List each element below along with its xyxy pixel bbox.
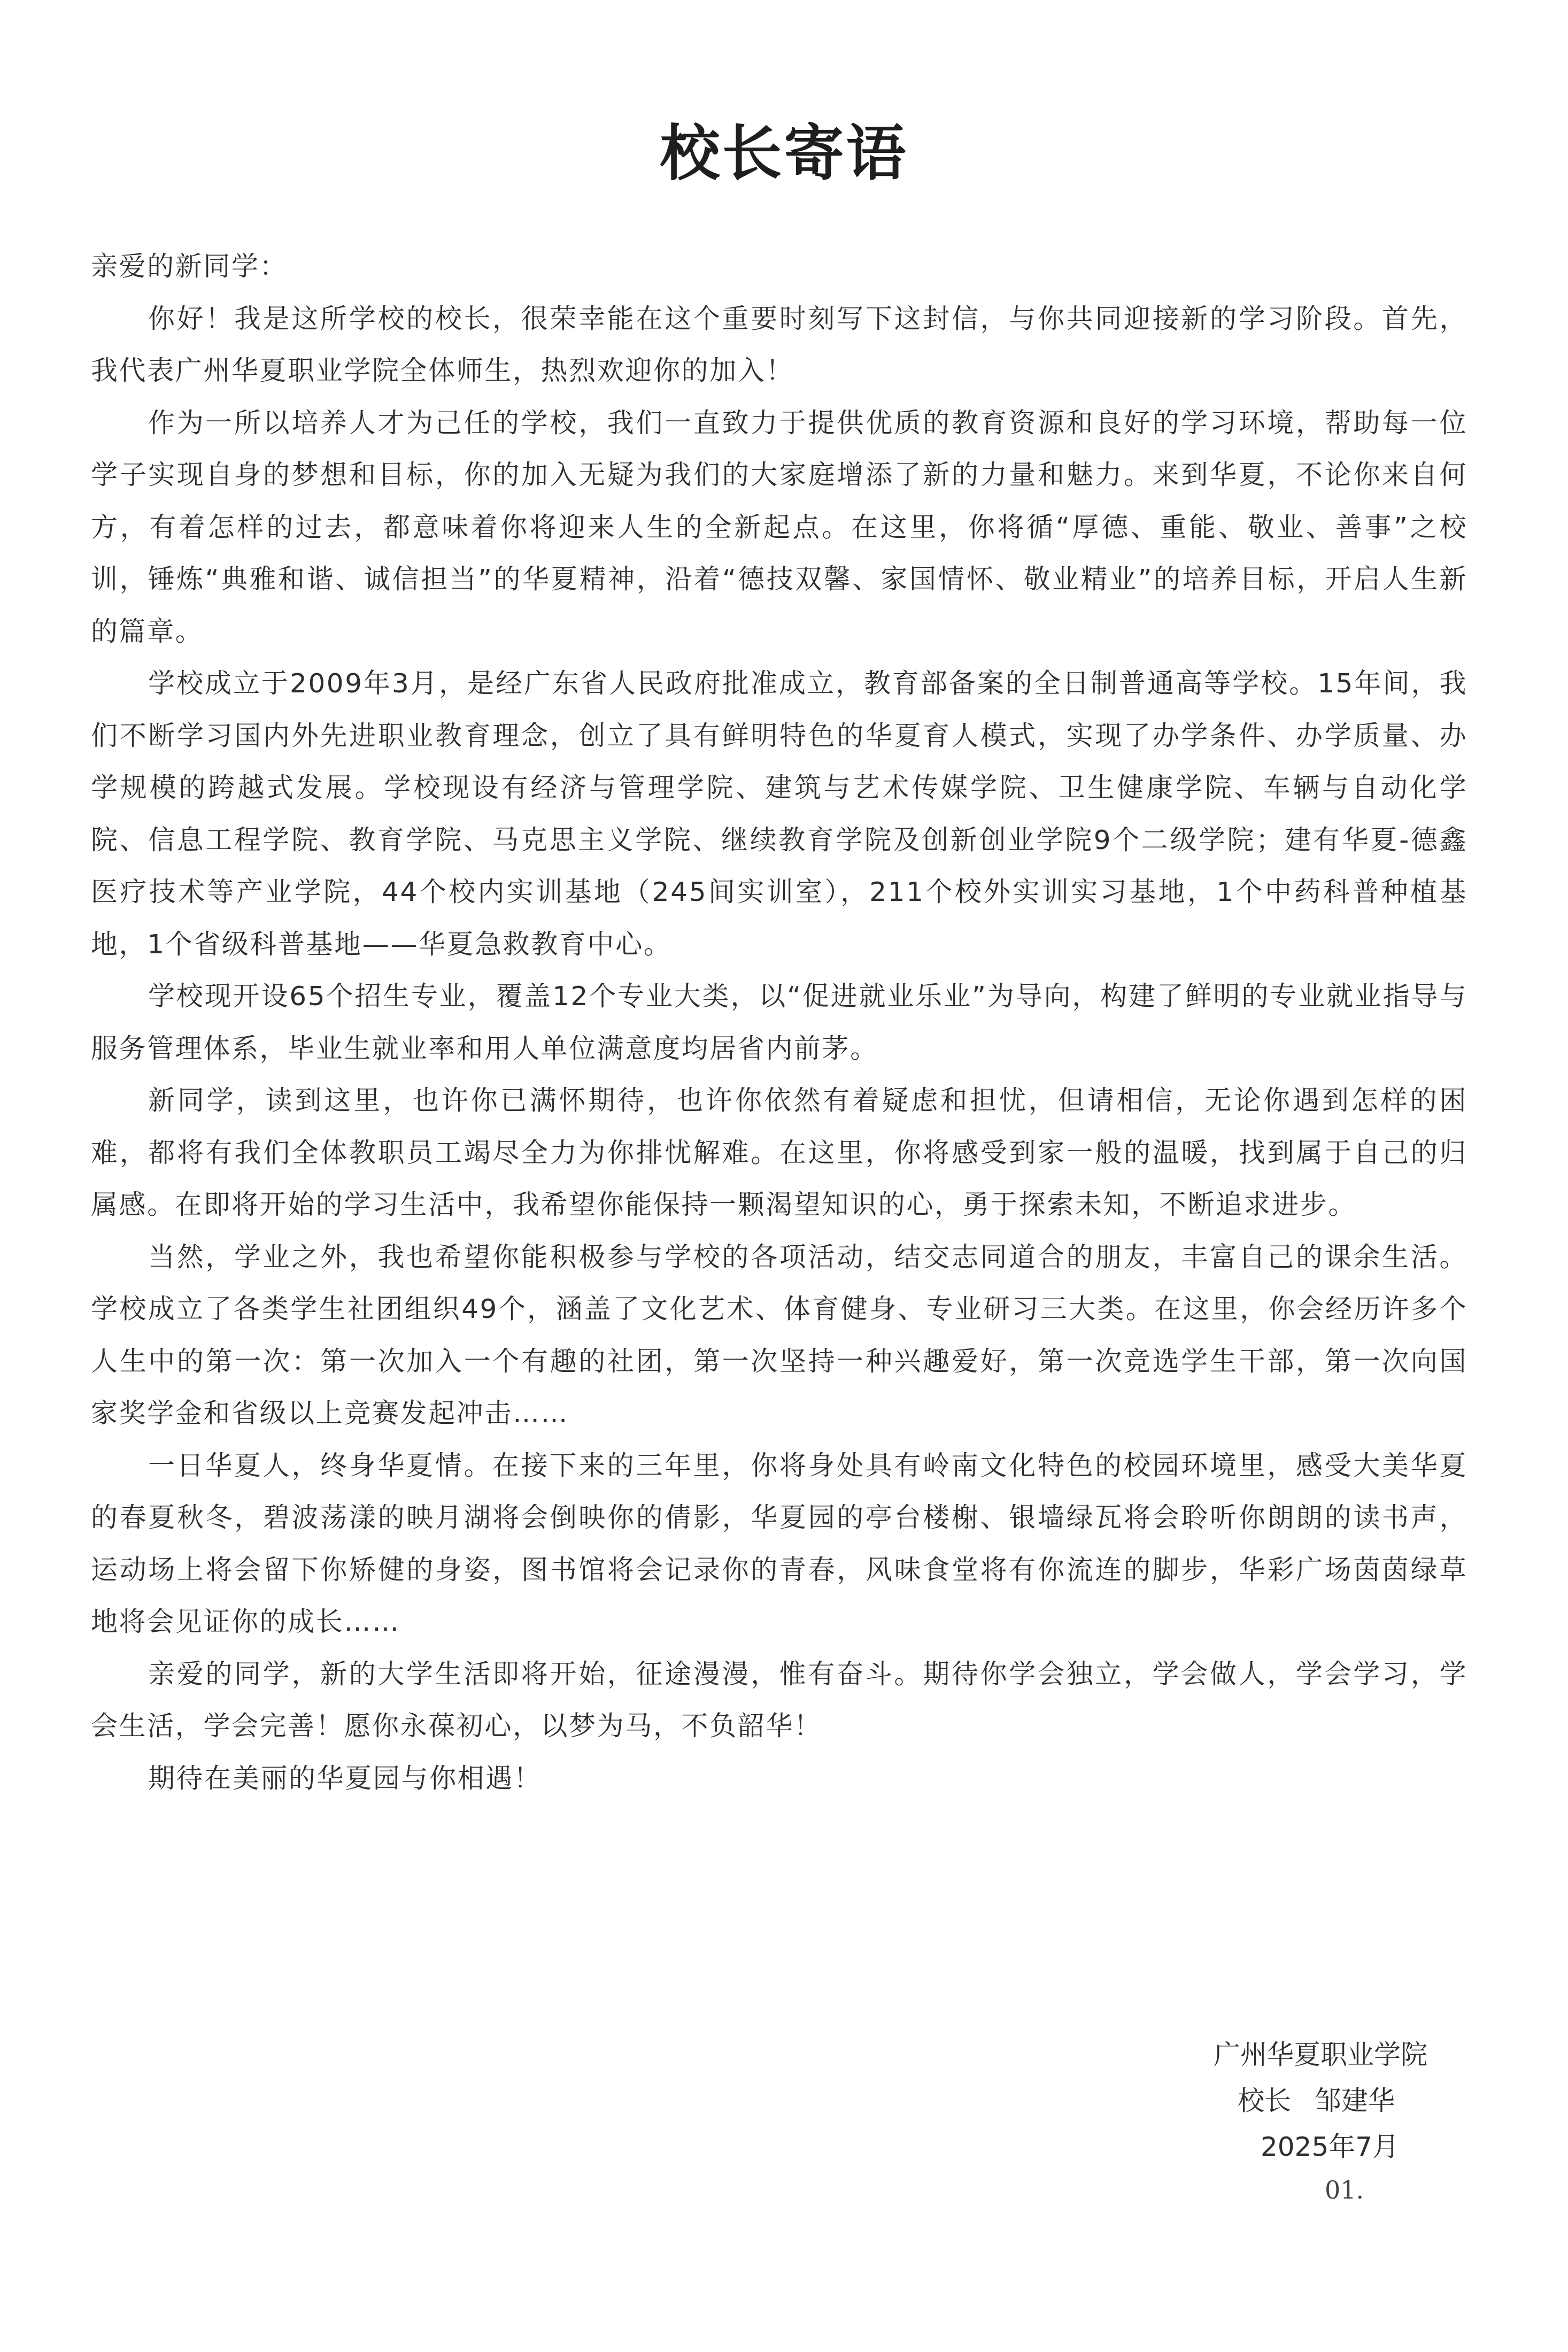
signature-name: 邹建华	[1315, 2085, 1395, 2116]
signature-organization: 广州华夏职业学院	[1214, 2031, 1427, 2079]
paragraph-history: 学校成立于2009年3月，是经广东省人民政府批准成立，教育部备案的全日制普通高等…	[91, 658, 1467, 970]
paragraph-majors: 学校现开设65个招生专业，覆盖12个专业大类，以“促进就业乐业”为导向，构建了鲜…	[91, 970, 1467, 1075]
letter-body: 亲爱的新同学： 你好！我是这所学校的校长，很荣幸能在这个重要时刻写下这封信，与你…	[91, 241, 1467, 1805]
letter-page: 校长寄语 亲爱的新同学： 你好！我是这所学校的校长，很荣幸能在这个重要时刻写下这…	[0, 0, 1568, 2352]
signature-role: 校长	[1238, 2085, 1291, 2116]
signature-date: 2025年7月	[1261, 2123, 1399, 2171]
salutation: 亲爱的新同学：	[91, 241, 1467, 293]
paragraph-wishes: 亲爱的同学，新的大学生活即将开始，征途漫漫，惟有奋斗。期待你学会独立，学会做人，…	[91, 1648, 1467, 1753]
paragraph-welcome: 你好！我是这所学校的校长，很荣幸能在这个重要时刻写下这封信，与你共同迎接新的学习…	[91, 293, 1467, 397]
page-number: 01.	[1325, 2176, 1364, 2204]
paragraph-closing: 期待在美丽的华夏园与你相遇！	[91, 1753, 1467, 1805]
paragraph-encouragement: 新同学，读到这里，也许你已满怀期待，也许你依然有着疑虑和担忧，但请相信，无论你遇…	[91, 1075, 1467, 1231]
paragraph-campus: 一日华夏人，终身华夏情。在接下来的三年里，你将身处具有岭南文化特色的校园环境里，…	[91, 1440, 1467, 1648]
signature-name-line: 校长邹建华	[1238, 2077, 1395, 2125]
paragraph-mission: 作为一所以培养人才为己任的学校，我们一直致力于提供优质的教育资源和良好的学习环境…	[91, 397, 1467, 658]
paragraph-activities: 当然，学业之外，我也希望你能积极参与学校的各项活动，结交志同道合的朋友，丰富自己…	[91, 1231, 1467, 1440]
page-title: 校长寄语	[0, 117, 1568, 191]
